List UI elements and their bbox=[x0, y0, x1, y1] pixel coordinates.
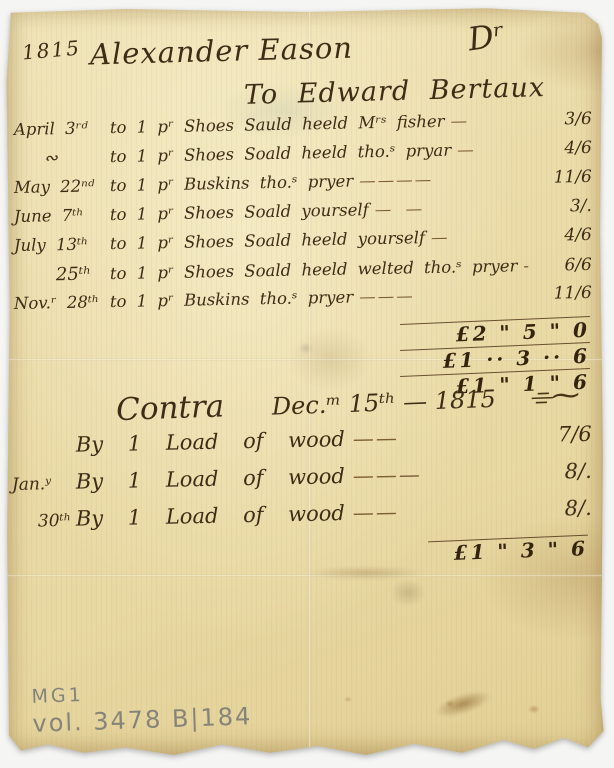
entry-leader-dashes: ——— bbox=[345, 460, 550, 488]
entry-description: to 1 pʳ Shoes Sauld heeld Mʳˢ fisher bbox=[110, 112, 445, 137]
archive-note-volume: vol. 3478 B|184 bbox=[32, 702, 253, 738]
entry-date: 30ᵗʰ bbox=[12, 511, 76, 532]
year-label: 1815 bbox=[21, 35, 82, 64]
contra-total: £1 " 3 " 6 bbox=[428, 536, 588, 562]
archive-note: MG1 vol. 3478 B|184 bbox=[31, 678, 253, 738]
entry-leader-dashes: —— bbox=[345, 497, 550, 525]
debit-entries: April 3ʳᵈ to 1 pʳ Shoes Sauld heeld Mʳˢ … bbox=[14, 120, 592, 323]
entry-description: By 1 Load of wood bbox=[76, 464, 345, 494]
entry-amount: 6/6 bbox=[546, 255, 592, 276]
entry-leader-dashes: ——— bbox=[353, 284, 546, 307]
contra-entries: By 1 Load of wood —— 7/6 Jan.ʸ By 1 Load… bbox=[12, 434, 592, 545]
manuscript-paper: 1815 Alexander Eason Dʳ To Edward Bertau… bbox=[6, 6, 606, 758]
entry-amount: 8/. bbox=[549, 459, 591, 484]
faint-stain bbox=[306, 566, 426, 580]
contra-header: Contra Dec.ᵐ 15ᵗʰ — 1815 ⌯⁓ bbox=[116, 376, 581, 428]
entry-amount: 3/. bbox=[546, 196, 592, 217]
manuscript-content: 1815 Alexander Eason Dʳ To Edward Bertau… bbox=[6, 6, 606, 758]
entry-description: By 1 Load of wood bbox=[76, 501, 345, 531]
total-line: £1 " 3 " 6 bbox=[428, 537, 589, 565]
entry-leader-dashes: — bbox=[451, 139, 546, 160]
entry-date bbox=[12, 452, 76, 453]
entry-date: April 3ʳᵈ bbox=[14, 118, 110, 139]
entry-description: to 1 pʳ Buskins tho.ˢ pryer bbox=[110, 171, 354, 195]
entry-leader-dashes: — bbox=[425, 226, 546, 247]
entry-date: June 7ᵗʰ bbox=[14, 205, 110, 226]
entry-amount: 11/6 bbox=[546, 167, 592, 188]
scan-background: 1815 Alexander Eason Dʳ To Edward Bertau… bbox=[0, 0, 614, 768]
entry-amount: 11/6 bbox=[546, 283, 592, 304]
entry-amount: 8/. bbox=[549, 496, 591, 521]
debtor-name: Alexander Eason bbox=[90, 31, 354, 72]
entry-date: Jan.ʸ bbox=[12, 474, 76, 495]
creditor-line: To Edward Bertaux bbox=[244, 72, 546, 111]
entry-date: May 22ⁿᵈ bbox=[14, 176, 110, 197]
contra-date: Dec.ᵐ 15ᵗʰ — 1815 bbox=[271, 385, 496, 421]
entry-description: to 1 pʳ Shoes Soald yourself bbox=[110, 200, 369, 224]
entry-leader-dashes: —— bbox=[345, 423, 550, 451]
entry-amount: 7/6 bbox=[549, 422, 591, 447]
entry-description: By 1 Load of wood bbox=[76, 427, 345, 457]
entry-leader-dashes: — — bbox=[369, 197, 546, 219]
entry-amount: 4/6 bbox=[546, 138, 592, 159]
entry-date: July 13ᵗʰ bbox=[14, 234, 110, 255]
ink-smudge bbox=[432, 686, 493, 723]
entry-date: Nov.ʳ 28ᵗʰ bbox=[14, 292, 110, 313]
entry-description: to 1 pʳ Buskins tho.ˢ pryer bbox=[110, 287, 354, 311]
contra-flourish: ⌯⁓ bbox=[529, 378, 581, 413]
entry-leader-dashes: — bbox=[444, 110, 546, 131]
entry-leader-dashes: ———— bbox=[353, 168, 546, 191]
entry-leader-dashes: - bbox=[517, 256, 546, 276]
entry-amount: 4/6 bbox=[546, 225, 592, 246]
entry-date: 25ᵗʰ bbox=[14, 263, 110, 286]
dr-abbreviation: Dʳ bbox=[466, 16, 508, 59]
contra-title: Contra bbox=[116, 388, 225, 428]
entry-amount: 3/6 bbox=[546, 109, 592, 130]
entry-date-ditto: ∾ bbox=[14, 147, 110, 168]
